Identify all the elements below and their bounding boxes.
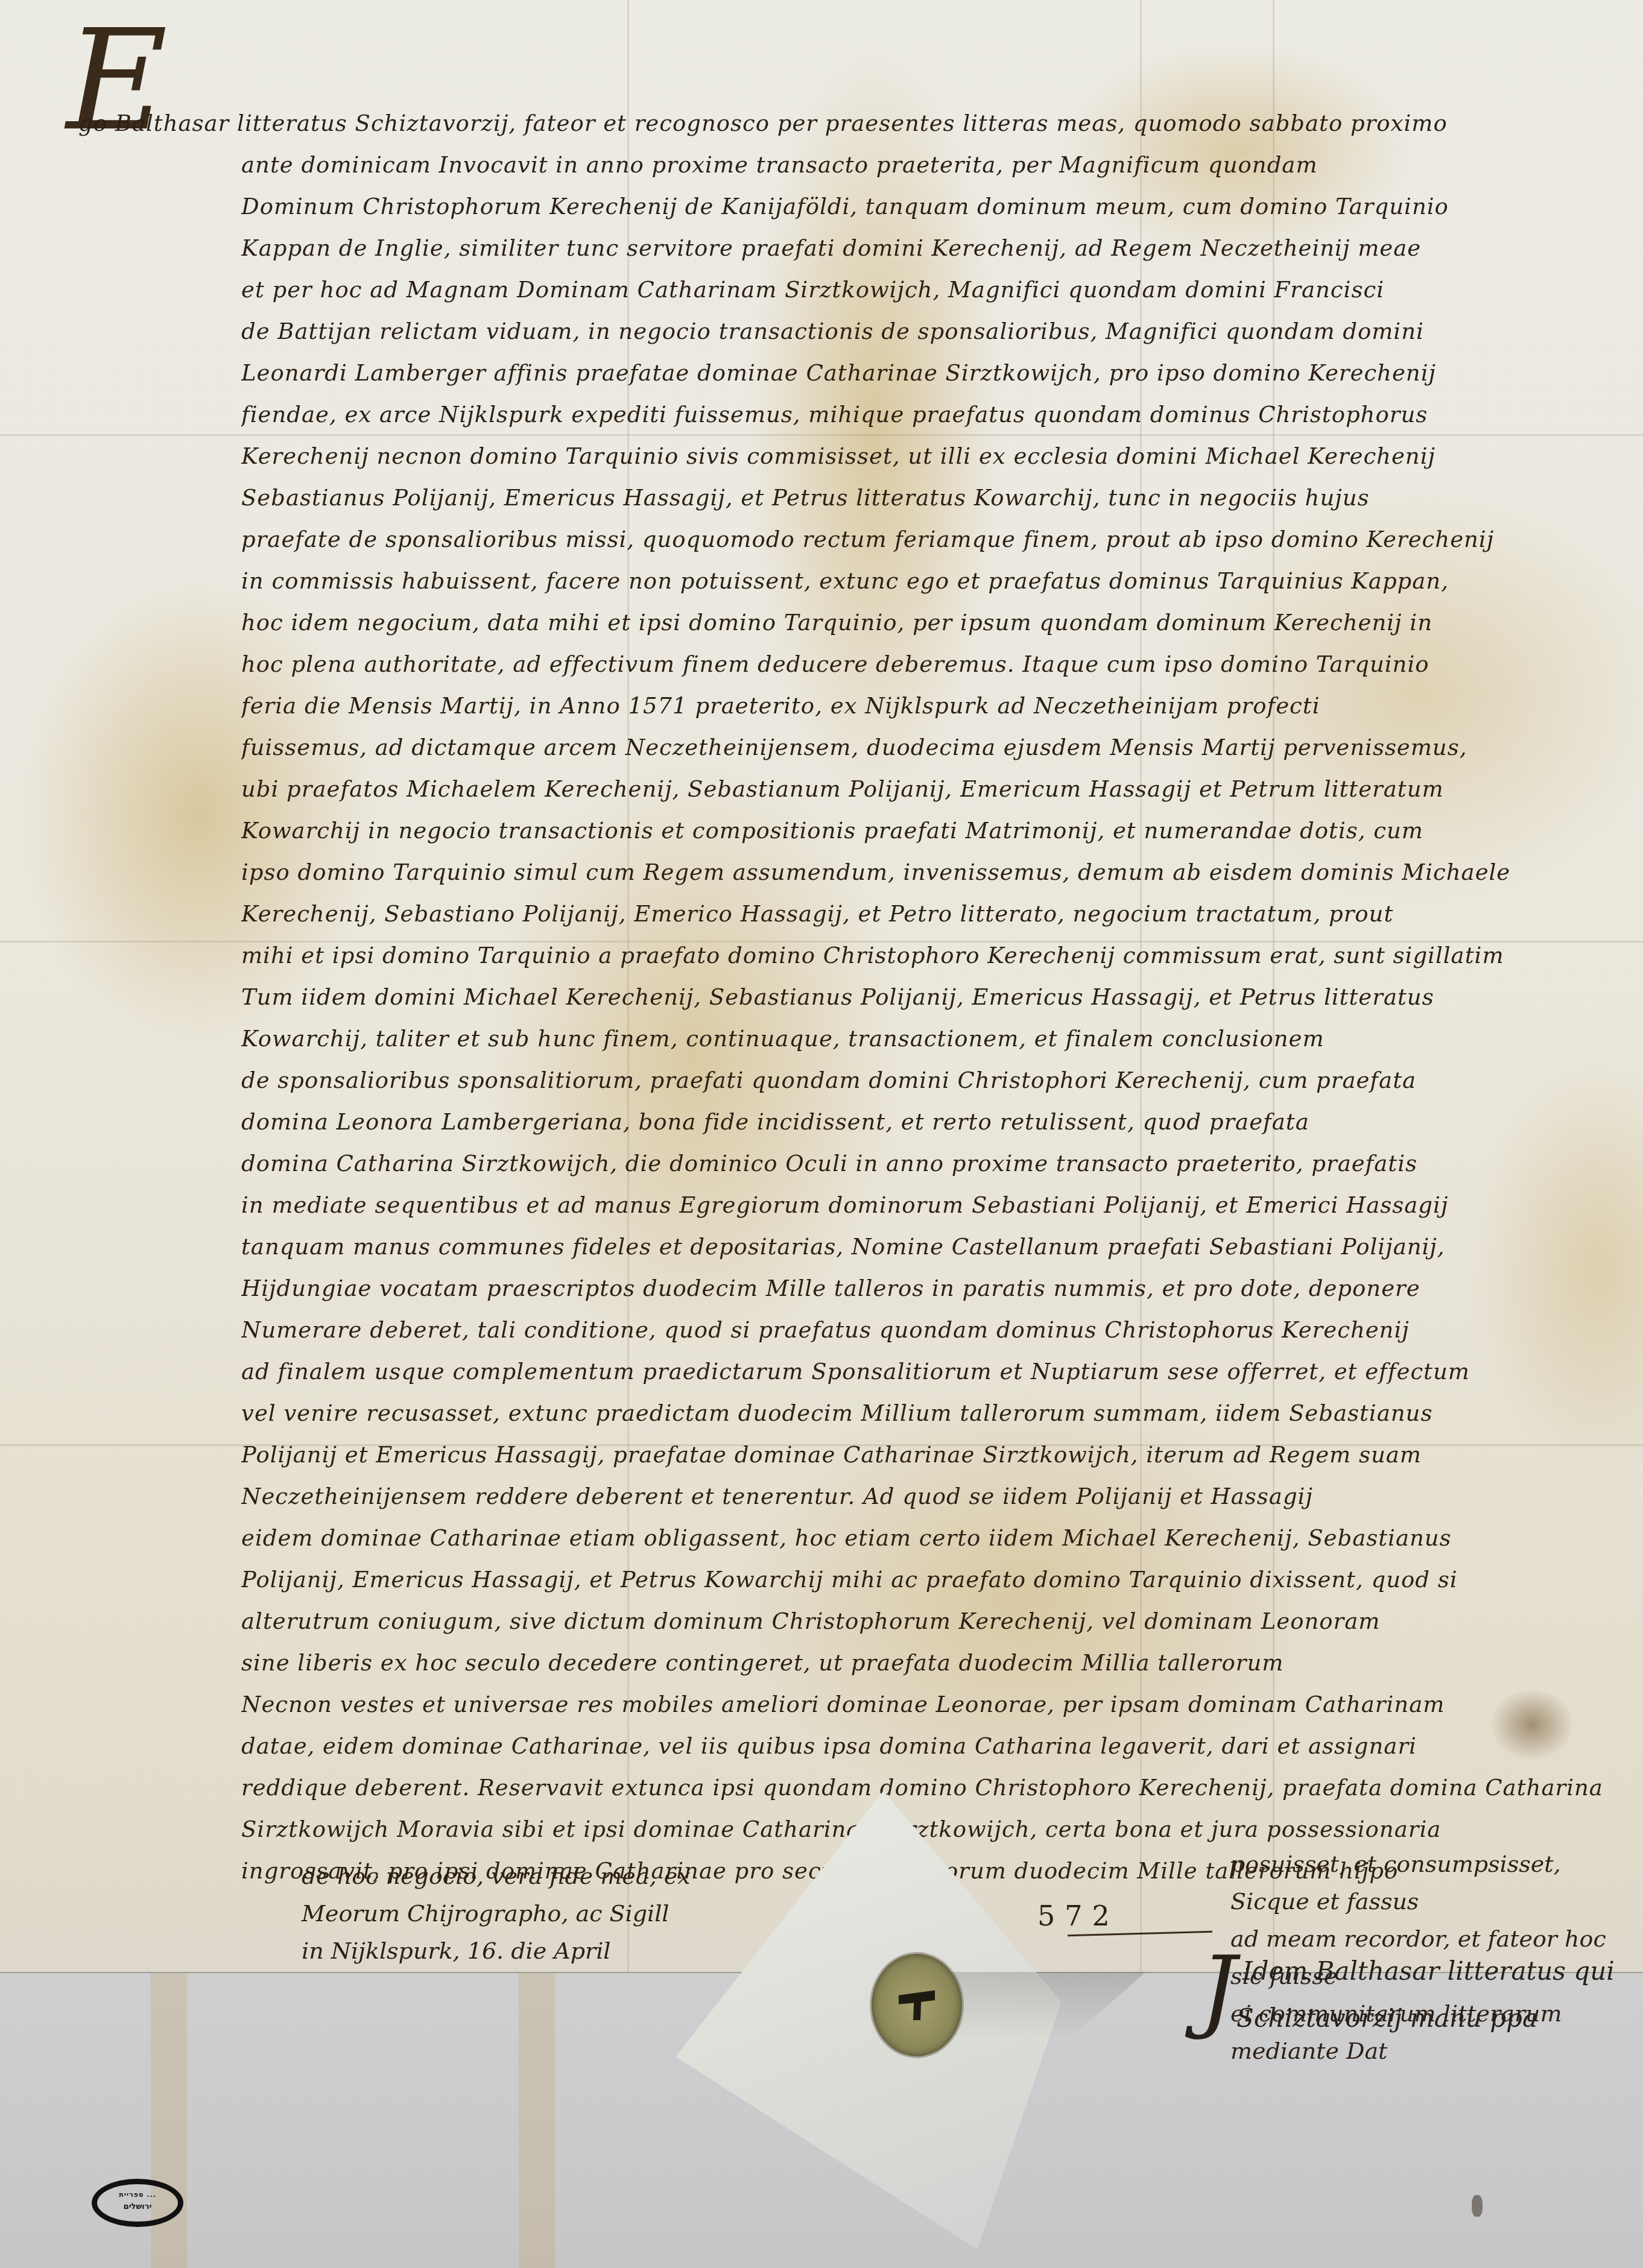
signature-line: Idem Balthasar litteratus qui	[1200, 1948, 1635, 1995]
text-line: alterutrum coniugum, sive dictum dominum…	[241, 1600, 1629, 1642]
text-line: Hijdungiae vocatam praescriptos duodecim…	[241, 1268, 1629, 1309]
ink-blot	[1490, 1688, 1574, 1761]
text-line: in commissis habuissent, facere non potu…	[241, 560, 1629, 602]
text-line: ubi praefatos Michaelem Kerechenij, Seba…	[241, 768, 1629, 810]
wax-seal-icon	[872, 1954, 962, 2056]
text-line: datae, eidem dominae Catharinae, vel iis…	[241, 1725, 1629, 1767]
text-line: Polijanij et Emericus Hassagij, praefata…	[241, 1434, 1629, 1476]
text-line: ad finalem usque complementum praedictar…	[241, 1351, 1629, 1392]
text-line: tanquam manus communes fideles et deposi…	[241, 1226, 1629, 1268]
text-line: Sebastianus Polijanij, Emericus Hassagij…	[241, 477, 1629, 519]
text-line: Numerare deberet, tali conditione, quod …	[241, 1309, 1629, 1351]
text-line: fuissemus, ad dictamque arcem Neczethein…	[241, 727, 1629, 768]
text-line: Kowarchij, taliter et sub hunc finem, co…	[241, 1018, 1629, 1060]
text-line: hoc idem negocium, data mihi et ipsi dom…	[241, 602, 1629, 643]
library-stamp-icon: ספריית ... ירושלים	[92, 2179, 183, 2227]
text-line: go Balthasar litteratus Schiztavorzij, f…	[78, 103, 1629, 144]
text-line: sine liberis ex hoc seculo decedere cont…	[241, 1642, 1629, 1684]
closing-line: posuisset, et consumpsisset, Sicque et f…	[1230, 1845, 1629, 1920]
text-line: Tum iidem domini Michael Kerechenij, Seb…	[241, 976, 1629, 1018]
text-line: Kerechenij, Sebastiano Polijanij, Emeric…	[241, 893, 1629, 935]
stamp-text-top: ספריית ...	[119, 2191, 156, 2199]
text-line: in mediate sequentibus et ad manus Egreg…	[241, 1184, 1629, 1226]
text-line: hoc plena authoritate, ad effectivum fin…	[241, 643, 1629, 685]
text-line: et per hoc ad Magnam Dominam Catharinam …	[241, 269, 1629, 311]
text-line: Dominum Christophorum Kerechenij de Kani…	[241, 186, 1629, 227]
text-line: Polijanij, Emericus Hassagij, et Petrus …	[241, 1559, 1629, 1600]
seal-emblem-icon	[899, 1987, 935, 2020]
text-line: eidem dominae Catharinae etiam obligasse…	[241, 1517, 1629, 1559]
text-line: Kerechenij necnon domino Tarquinio sivis…	[241, 435, 1629, 477]
text-line: domina Leonora Lambergeriana, bona fide …	[241, 1101, 1629, 1143]
date-year: 572	[1037, 1900, 1119, 1932]
text-line: mihi et ipsi domino Tarquinio a praefato…	[241, 935, 1629, 976]
text-line: reddique deberent. Reservavit extunca ip…	[241, 1767, 1629, 1808]
text-line: Neczetheinijensem reddere deberent et te…	[241, 1476, 1629, 1517]
signature-line: Schiztavorzij manu ppa	[1200, 1995, 1635, 2042]
signature-block: Idem Balthasar litteratus qui Schiztavor…	[1200, 1948, 1635, 2042]
ink-speck	[1472, 2195, 1483, 2217]
text-line: de Battijan relictam viduam, in negocio …	[241, 311, 1629, 352]
text-line: Leonardi Lamberger affinis praefatae dom…	[241, 352, 1629, 394]
stain-streak	[519, 1973, 555, 2267]
text-line: praefate de sponsalioribus missi, quoquo…	[241, 519, 1629, 560]
text-line: ante dominicam Invocavit in anno proxime…	[241, 144, 1629, 186]
text-line: feria die Mensis Martij, in Anno 1571 pr…	[241, 685, 1629, 727]
text-line: Necnon vestes et universae res mobiles a…	[241, 1684, 1629, 1725]
text-line: fiendae, ex arce Nijklspurk expediti fui…	[241, 394, 1629, 435]
text-line: de sponsalioribus sponsalitiorum, praefa…	[241, 1060, 1629, 1101]
text-line: Kappan de Inglie, similiter tunc servito…	[241, 227, 1629, 269]
text-line: Kowarchij in negocio transactionis et co…	[241, 810, 1629, 851]
manuscript-sheet: E go Balthasar litteratus Schiztavorzij,…	[0, 0, 1643, 2267]
letter-body: go Balthasar litteratus Schiztavorzij, f…	[241, 103, 1629, 1892]
text-line: ipso domino Tarquinio simul cum Regem as…	[241, 851, 1629, 893]
text-line: Sirztkowijch Moravia sibi et ipsi domina…	[241, 1808, 1629, 1850]
text-line: domina Catharina Sirztkowijch, die domin…	[241, 1143, 1629, 1184]
text-line: vel venire recusasset, extunc praedictam…	[241, 1392, 1629, 1434]
stamp-text-bottom: ירושלים	[124, 2202, 152, 2211]
